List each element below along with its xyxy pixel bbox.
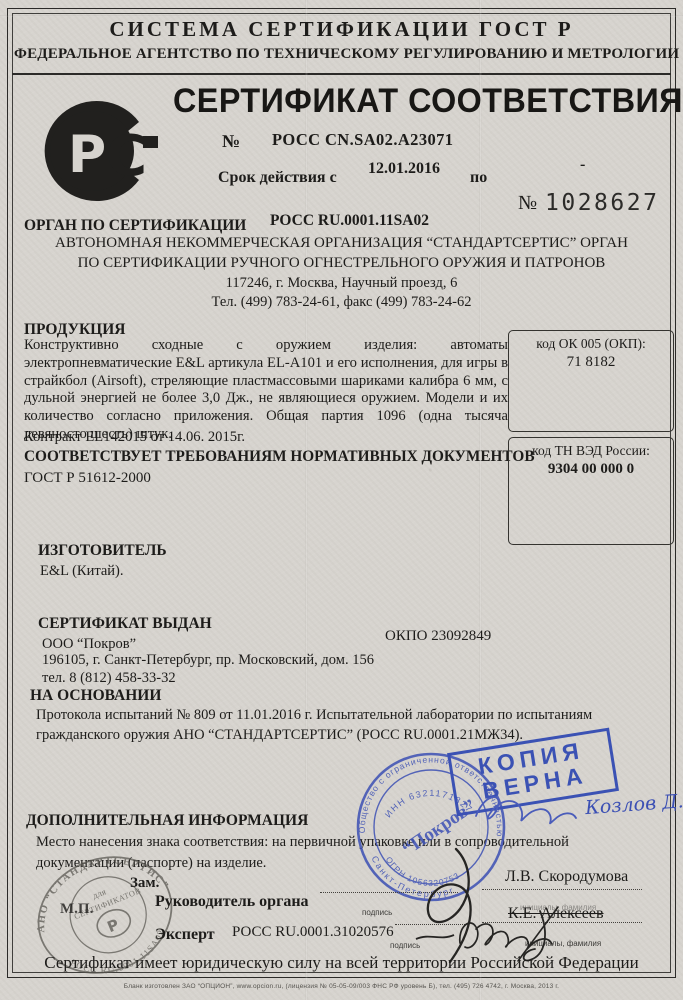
certificate-page: СИСТЕМА СЕРТИФИКАЦИИ ГОСТ Р ФЕДЕРАЛЬНОЕ … <box>0 0 683 1000</box>
issued-heading: СЕРТИФИКАТ ВЫДАН <box>38 615 212 633</box>
cert-number-label: № <box>222 131 240 152</box>
contract-line: Контракт EL142015 от 14.06. 2015г. <box>24 429 245 446</box>
issued-company: ООО “Покров” <box>42 636 136 653</box>
validity-from-value: 12.01.2016 <box>368 160 440 178</box>
head-name-handwritten: Л.В. Скородумова <box>505 868 628 886</box>
okp-code-label: код ОК 005 (ОКП): <box>509 336 673 352</box>
rst-gost-logo: Р С <box>42 96 172 208</box>
blank-number-label: № <box>518 192 537 215</box>
gost-standard: ГОСТ Р 51612-2000 <box>24 470 151 487</box>
validity-to-value: - <box>580 156 585 174</box>
blank-number-value: 1028627 <box>545 190 659 216</box>
okp-code-value: 71 8182 <box>509 354 673 371</box>
head-name-line <box>482 889 642 890</box>
organ-phone: Тел. (499) 783-24-61, факс (499) 783-24-… <box>14 294 669 311</box>
deputy-note: Зам. <box>130 875 159 892</box>
black-stamp-mini-rst: Р <box>105 915 122 936</box>
header-divider <box>12 73 671 75</box>
legal-validity-line: Сертификат имеет юридическую силу на все… <box>14 953 669 973</box>
organ-address: 117246, г. Москва, Научный проезд, 6 <box>14 275 669 292</box>
rst-logo-t-block <box>143 136 158 148</box>
basis-heading: НА ОСНОВАНИИ <box>30 687 161 705</box>
black-stamp-inner-line1: для <box>91 887 107 901</box>
conformity-heading: СООТВЕТСТВУЕТ ТРЕБОВАНИЯМ НОРМАТИВНЫХ ДО… <box>24 448 535 466</box>
expert-label: Эксперт <box>155 926 215 944</box>
organ-code: РОСС RU.0001.11SA02 <box>270 212 429 230</box>
manufacturer-heading: ИЗГОТОВИТЕЛЬ <box>38 542 167 560</box>
tnved-code-label: код ТН ВЭД России: <box>509 443 673 459</box>
production-description: Конструктивно сходные с оружием изделия:… <box>24 337 508 444</box>
cert-number-value: РОСС CN.SA02.A23071 <box>272 130 453 150</box>
document-title: СЕРТИФИКАТ СООТВЕТСТВИЯ <box>173 82 683 121</box>
agency-line: ФЕДЕРАЛЬНОЕ АГЕНТСТВО ПО ТЕХНИЧЕСКОМУ РЕ… <box>14 46 669 63</box>
tnved-code-box: код ТН ВЭД России: 9304 00 000 0 <box>508 437 674 545</box>
issued-address: 196105, г. Санкт-Петербург, пр. Московск… <box>42 652 374 669</box>
blue-signature-squiggle <box>470 786 580 834</box>
validity-to-label: по <box>470 169 487 187</box>
validity-label: Срок действия с <box>218 169 337 187</box>
issued-phone: тел. 8 (812) 458-33-32 <box>42 670 176 687</box>
blank-printer-info: Бланк изготовлен ЗАО “ОПЦИОН”, www.opcio… <box>14 983 669 990</box>
head-signature-caption: подпись <box>362 908 392 917</box>
rst-logo-letter-c: С <box>106 124 147 189</box>
head-of-body-label: Руководитель органа <box>155 893 309 911</box>
tnved-code-value: 9304 00 000 0 <box>509 461 673 478</box>
additional-heading: ДОПОЛНИТЕЛЬНАЯ ИНФОРМАЦИЯ <box>26 812 308 830</box>
manufacturer-name: E&L (Китай). <box>40 563 124 580</box>
organ-name-line1: АВТОНОМНАЯ НЕКОММЕРЧЕСКАЯ ОРГАНИЗАЦИЯ “С… <box>14 235 669 252</box>
mp-seal-placeholder: М.П. <box>60 901 93 918</box>
okpo-number: ОКПО 23092849 <box>385 628 491 645</box>
certification-system-line: СИСТЕМА СЕРТИФИКАЦИИ ГОСТ Р <box>14 17 669 42</box>
expert-number: РОСС RU.0001.31020576 <box>232 924 394 941</box>
rst-logo-letter-p: Р <box>68 125 106 185</box>
okp-code-box: код ОК 005 (ОКП): 71 8182 <box>508 330 674 432</box>
organ-name-line2: ПО СЕРТИФИКАЦИИ РУЧНОГО ОГНЕСТРЕЛЬНОГО О… <box>14 255 669 272</box>
organ-heading: ОРГАН ПО СЕРТИФИКАЦИИ <box>24 217 246 235</box>
